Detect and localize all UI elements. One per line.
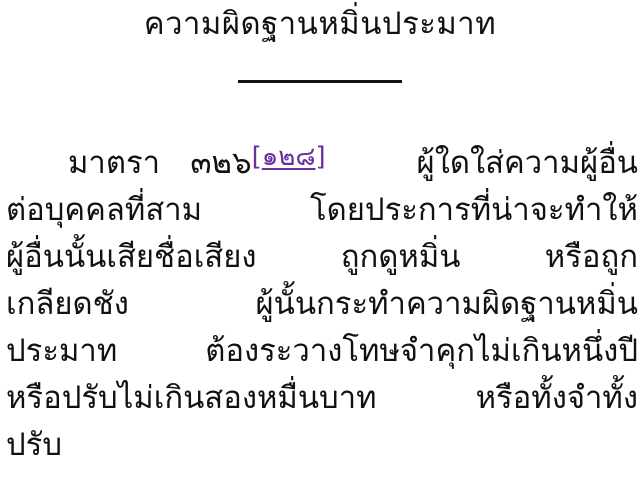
section-body: มาตรา ๓๒๖[๑๒๘] ผู้ใดใส่ความผู้อื่น ต่อบุ… [6, 140, 638, 469]
section-label: มาตรา ๓๒๖ [68, 145, 252, 181]
footnote-close-bracket: ] [316, 142, 326, 172]
section-text-line: หรือปรับไม่เกินสองหมื่นบาท หรือทั้งจำทั้… [6, 375, 638, 422]
footnote-open-bracket: [ [252, 142, 262, 172]
section-text-line: ปรับ [6, 422, 638, 469]
section-text-line: ผู้ใดใส่ความผู้อื่น [417, 145, 638, 181]
page-title: ความผิดฐานหมิ่นประมาท [0, 4, 640, 44]
title-divider [238, 80, 402, 83]
section-text-line: เกลียดชัง ผู้นั้นกระทำความผิดฐานหมิ่น [6, 281, 638, 328]
section-first-line: มาตรา ๓๒๖[๑๒๘] ผู้ใดใส่ความผู้อื่น [6, 140, 638, 187]
section-text-line: ประมาท ต้องระวางโทษจำคุกไม่เกินหนึ่งปี [6, 328, 638, 375]
section-text-line: ต่อบุคคลที่สาม โดยประการที่น่าจะทำให้ [6, 187, 638, 234]
footnote-link[interactable]: ๑๒๘ [262, 142, 316, 172]
footnote-reference[interactable]: [๑๒๘] [252, 142, 326, 172]
section-text-line: ผู้อื่นนั้นเสียชื่อเสียง ถูกดูหมิ่น หรือ… [6, 234, 638, 281]
